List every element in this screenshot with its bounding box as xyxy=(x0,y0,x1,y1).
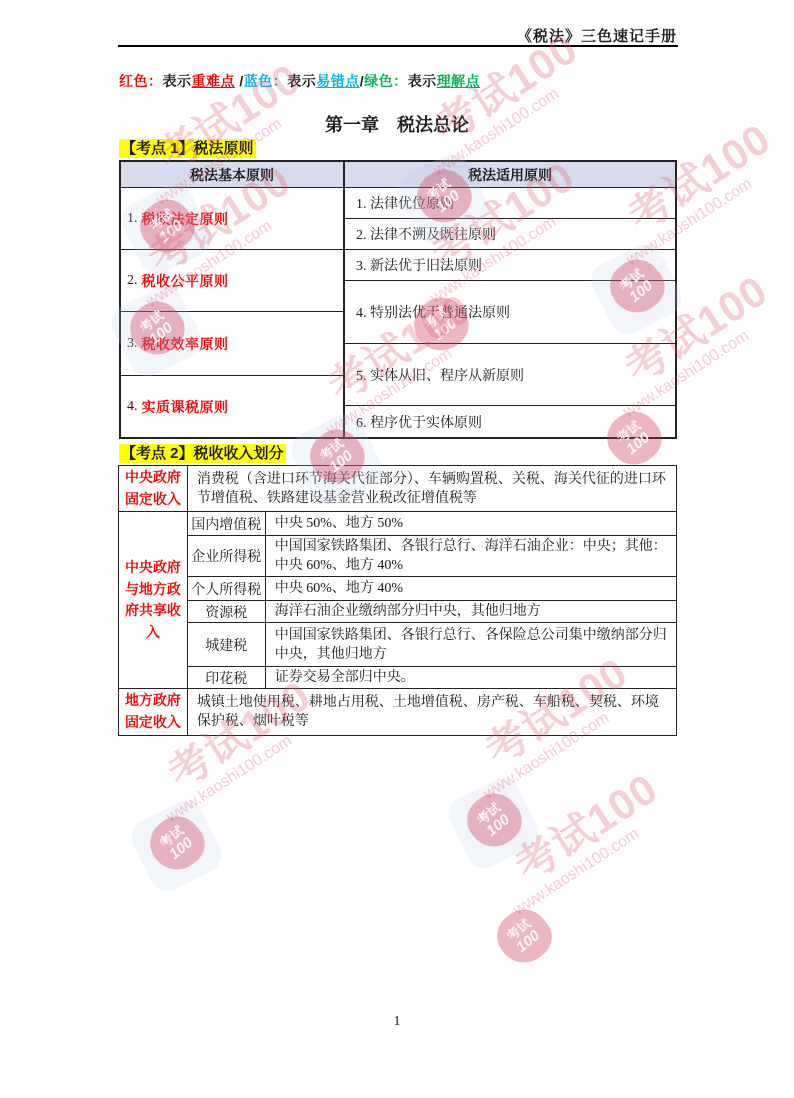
applied-principle-row: 6. 程序优于实体原则 xyxy=(345,406,675,437)
watermark-square xyxy=(125,795,227,897)
table-row: 资源税 海洋石油企业缴纳部分归中央，其他归地方 xyxy=(119,601,677,623)
tax-principles-table: 税法基本原则 1.税收法定原则 2.税收公平原则 3.税收效率原则 4.实质课税… xyxy=(119,160,677,439)
tax-rule-cell: 证券交易全部归中央。 xyxy=(265,667,676,689)
tax-rule-cell: 海洋石油企业缴纳部分归中央，其他归地方 xyxy=(265,601,676,623)
applied-principles-column: 税法适用原则 1. 法律优位原则 2. 法律不溯及既往原则 3. 新法优于旧法原… xyxy=(345,162,675,437)
revenue-division-table: 中央政府固定收入 消费税（含进口环节海关代征部分）、车辆购置税、关税、海关代征的… xyxy=(118,465,677,736)
tax-name-cell: 国内增值税 xyxy=(187,512,265,536)
applied-principles-header: 税法适用原则 xyxy=(345,162,675,188)
row-number: 1. xyxy=(127,211,138,227)
table-row: 城建税 中国国家铁路集团、各银行总行、各保险总公司集中缴纳部分归中央，其他归地方 xyxy=(119,623,677,667)
row-number: 3. xyxy=(127,336,138,352)
chapter-title: 第一章 税法总论 xyxy=(0,111,794,137)
legend-red-prefix: 表示 xyxy=(163,73,192,89)
legend-sep1: / xyxy=(235,73,244,89)
tax-name-cell: 企业所得税 xyxy=(187,536,265,577)
kaoshi100-logo: 考试100 xyxy=(457,784,530,857)
basic-principle-row: 3.税收效率原则 xyxy=(121,312,343,376)
tax-rule-cell: 中国国家铁路集团、各银行总行、海洋石油企业：中央；其他：中央 60%、地方 40… xyxy=(265,536,676,577)
principle-term: 税收法定原则 xyxy=(142,209,229,229)
legend-green-prefix: 表示 xyxy=(408,73,437,89)
legend-blue-term: 易错点 xyxy=(316,73,360,89)
page: 《税法》三色速记手册 红色：表示重难点 /蓝色：表示易错点/绿色：表示理解点 第… xyxy=(0,0,794,1098)
tax-name-cell: 城建税 xyxy=(187,623,265,667)
applied-principle-row: 2. 法律不溯及既往原则 xyxy=(345,219,675,250)
page-header-title: 《税法》三色速记手册 xyxy=(517,25,677,46)
tax-rule-cell: 中国国家铁路集团、各银行总行、各保险总公司集中缴纳部分归中央，其他归地方 xyxy=(265,623,676,667)
basic-principle-row: 4.实质课税原则 xyxy=(121,376,343,437)
principle-term: 实质课税原则 xyxy=(142,397,229,417)
page-number: 1 xyxy=(0,1014,794,1030)
section2-heading-highlight: 【考点 2】税收收入划分 xyxy=(119,444,286,463)
watermark-square xyxy=(442,772,544,874)
table-row: 地方政府固定收入 城镇土地使用税、耕地占用税、土地增值税、房产税、车船税、契税、… xyxy=(119,689,677,735)
tax-name-cell: 资源税 xyxy=(187,601,265,623)
legend-blue-label: 蓝色： xyxy=(244,73,288,89)
applied-principle-row: 5. 实体从旧、程序从新原则 xyxy=(345,344,675,406)
tax-rule-cell: 中央 60%、地方 40% xyxy=(265,577,676,601)
local-fixed-label-cell: 地方政府固定收入 xyxy=(119,689,188,735)
table-row: 个人所得税 中央 60%、地方 40% xyxy=(119,577,677,601)
color-legend: 红色：表示重难点 /蓝色：表示易错点/绿色：表示理解点 xyxy=(119,71,480,91)
section1-heading: 【考点 1】税法原则 xyxy=(119,137,256,158)
watermark-url-text: www.kaoshi100.com xyxy=(511,825,643,920)
watermark-brand-text: 考试100 xyxy=(502,757,668,894)
basic-principles-header: 税法基本原则 xyxy=(121,162,343,188)
kaoshi100-logo: 考试100 xyxy=(140,807,213,880)
row-number: 4. xyxy=(127,399,138,415)
kaoshi100-logo: 考试100 xyxy=(487,900,560,973)
tax-rule-cell: 中央 50%、地方 50% xyxy=(265,512,676,536)
applied-principle-row: 3. 新法优于旧法原则 xyxy=(345,250,675,281)
header-rule xyxy=(118,45,678,47)
table-row: 印花税 证券交易全部归中央。 xyxy=(119,667,677,689)
tax-name-cell: 印花税 xyxy=(187,667,265,689)
watermark-cluster: 考试100 www.kaoshi100.com 考试100 xyxy=(457,741,743,995)
applied-principle-row: 1. 法律优位原则 xyxy=(345,188,675,219)
table-row: 中央政府与地方政府共享收入 国内增值税 中央 50%、地方 50% xyxy=(119,512,677,536)
watermark-url-text: www.kaoshi100.com xyxy=(164,732,296,827)
table-row: 企业所得税 中国国家铁路集团、各银行总行、海洋石油企业：中央；其他：中央 60%… xyxy=(119,536,677,577)
local-fixed-content-cell: 城镇土地使用税、耕地占用税、土地增值税、房产税、车船税、契税、环境保护税、烟叶税… xyxy=(187,689,676,735)
legend-red-label: 红色： xyxy=(119,73,163,89)
applied-principle-row: 4. 特别法优于普通法原则 xyxy=(345,281,675,344)
basic-principles-column: 税法基本原则 1.税收法定原则 2.税收公平原则 3.税收效率原则 4.实质课税… xyxy=(121,162,345,437)
row-number: 2. xyxy=(127,273,138,289)
basic-principle-row: 2.税收公平原则 xyxy=(121,250,343,312)
central-fixed-label-cell: 中央政府固定收入 xyxy=(119,466,188,512)
shared-revenue-label-cell: 中央政府与地方政府共享收入 xyxy=(119,512,188,689)
legend-red-term: 重难点 xyxy=(192,73,236,89)
principle-term: 税收公平原则 xyxy=(142,271,229,291)
table-row: 中央政府固定收入 消费税（含进口环节海关代征部分）、车辆购置税、关税、海关代征的… xyxy=(119,466,677,512)
central-fixed-content-cell: 消费税（含进口环节海关代征部分）、车辆购置税、关税、海关代征的进口环节增值税、铁… xyxy=(187,466,676,512)
section2-heading: 【考点 2】税收收入划分 xyxy=(119,442,286,463)
legend-blue-prefix: 表示 xyxy=(287,73,316,89)
tax-name-cell: 个人所得税 xyxy=(187,577,265,601)
principle-term: 税收效率原则 xyxy=(142,334,229,354)
section1-heading-highlight: 【考点 1】税法原则 xyxy=(119,139,256,158)
legend-green-label: 绿色： xyxy=(364,73,408,89)
basic-principle-row: 1.税收法定原则 xyxy=(121,188,343,250)
legend-green-term: 理解点 xyxy=(437,73,481,89)
